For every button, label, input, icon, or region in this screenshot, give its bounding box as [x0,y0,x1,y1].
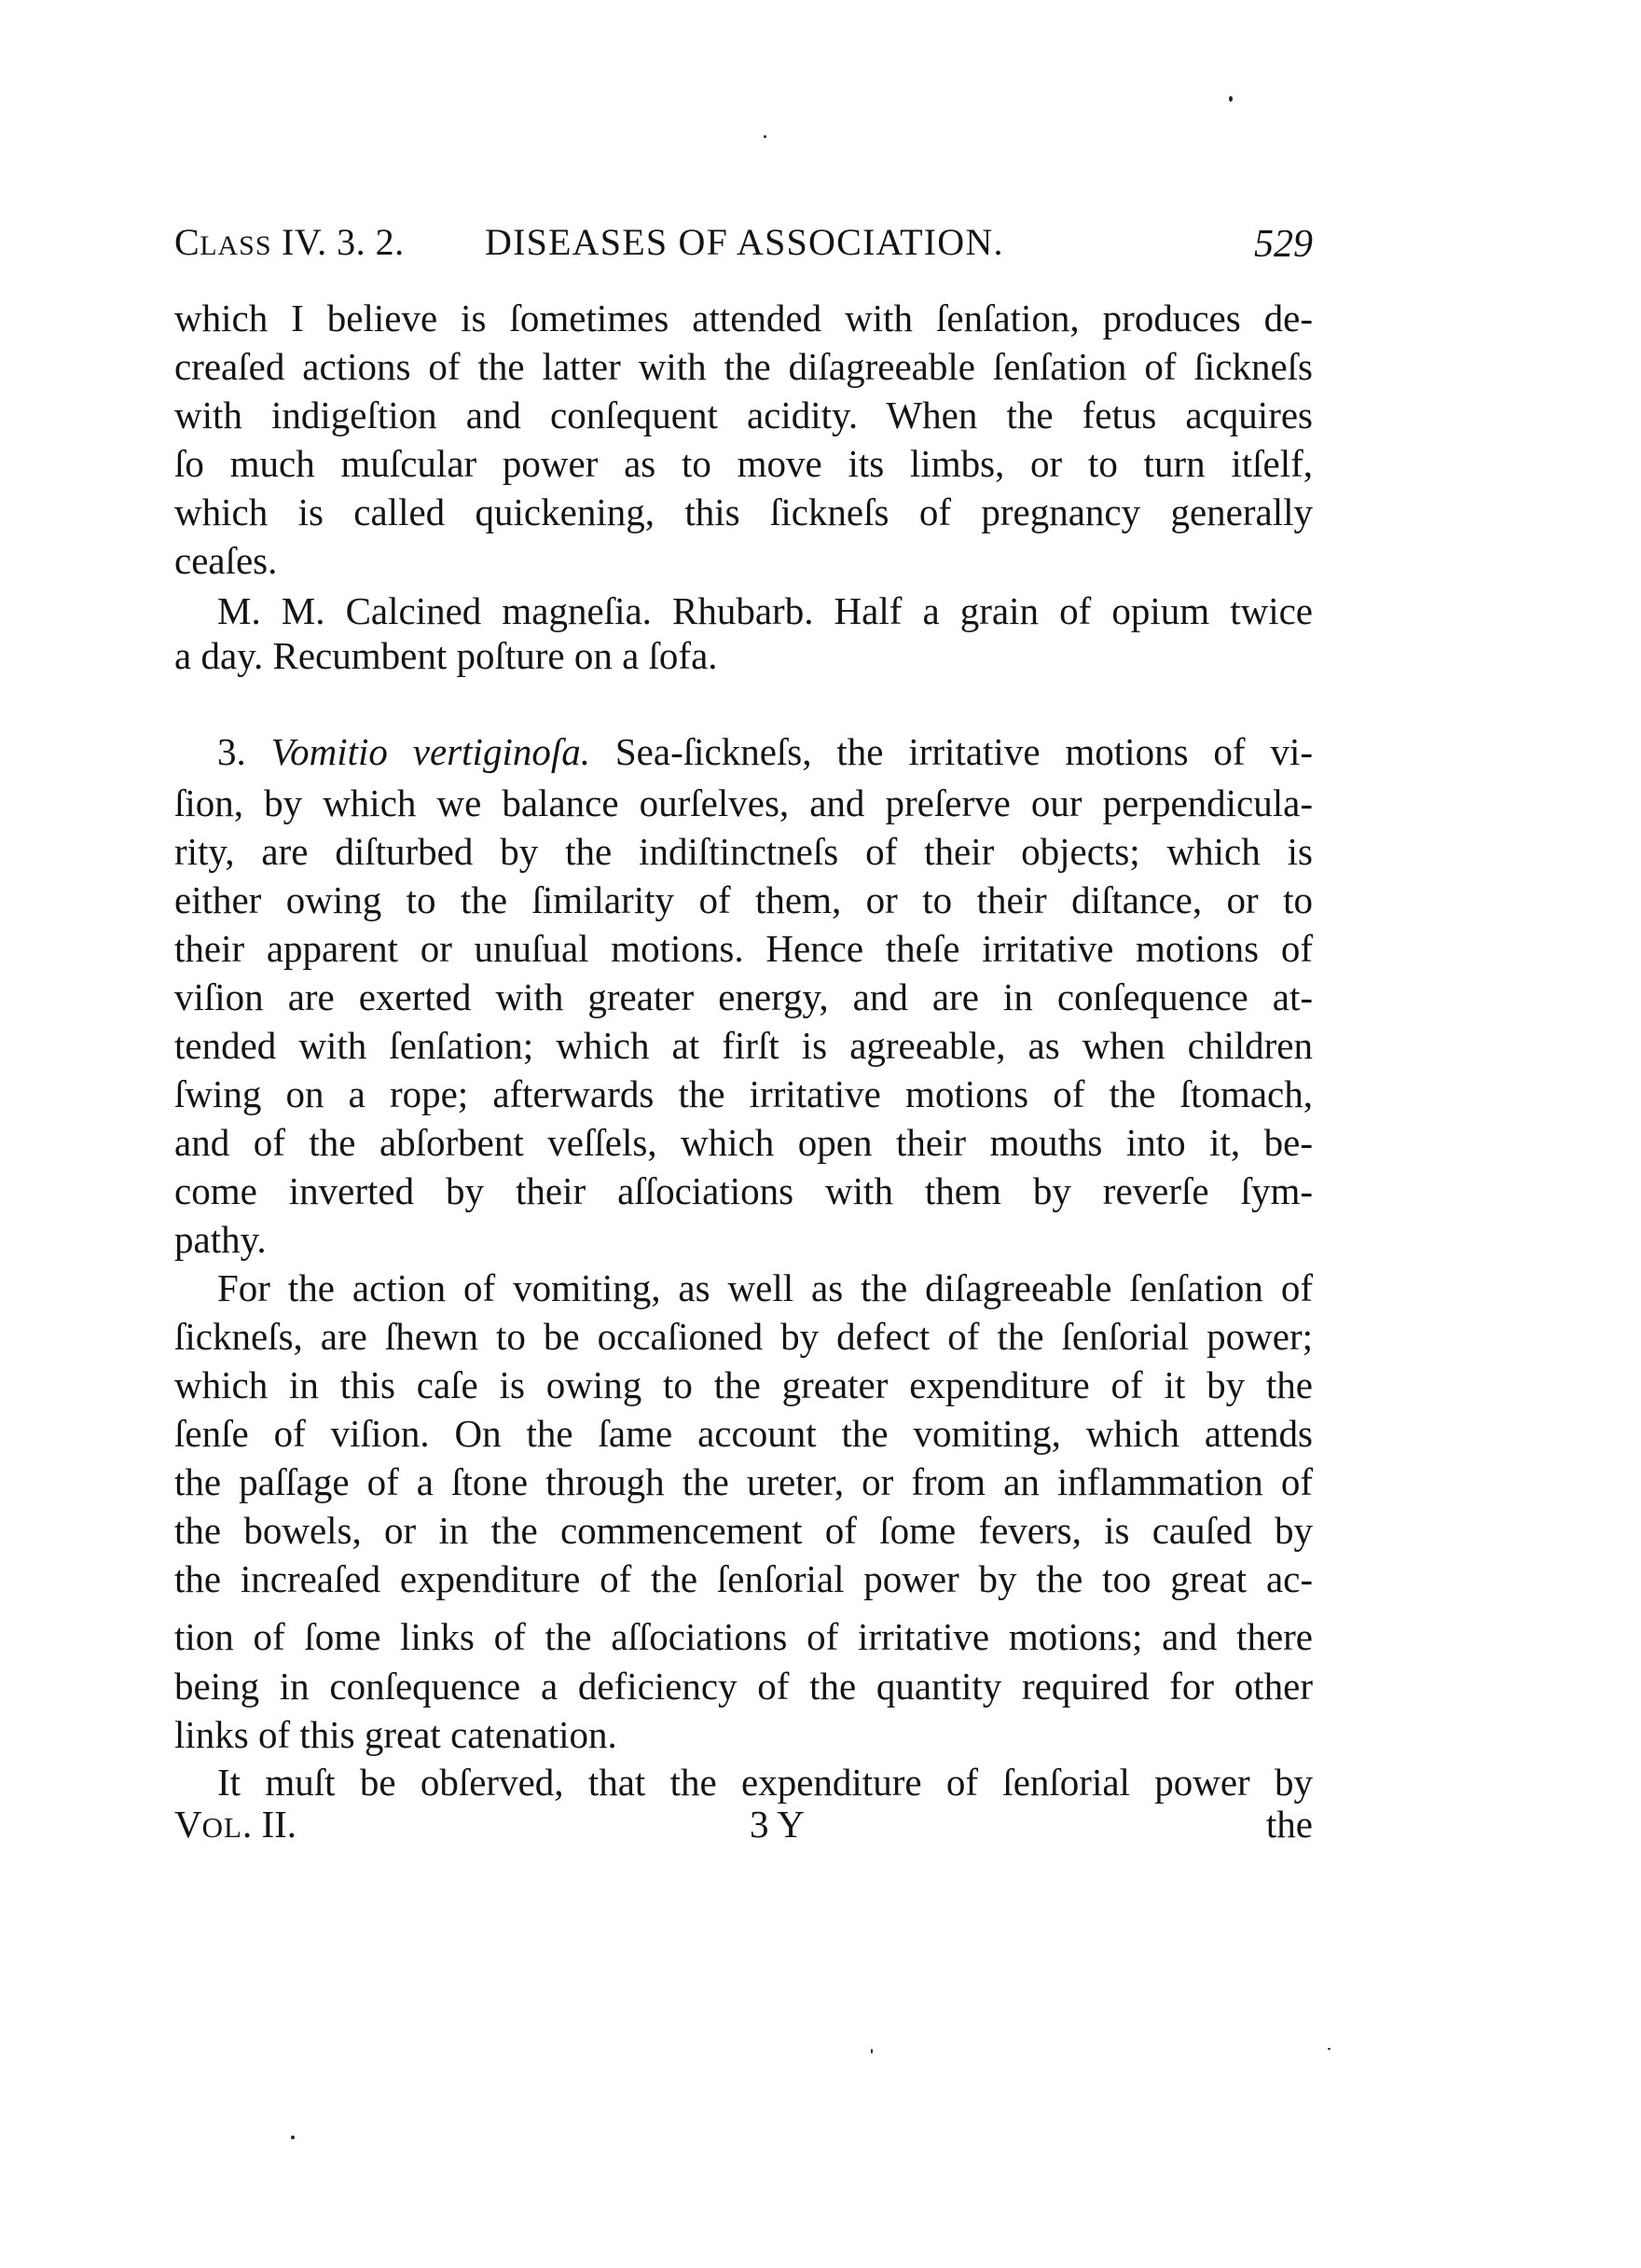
text-line: ſickneſs, are ſhewn to be occaſioned by … [174,1312,1313,1361]
text-line: and of the abſorbent veſſels, which open… [174,1118,1313,1167]
scan-speck [291,2136,295,2139]
text-line: the bowels, or in the commencement of ſo… [174,1506,1313,1555]
text-line: the increaſed expenditure of the ſenſori… [174,1555,1313,1603]
text-line: which I believe is ſometimes attended wi… [174,294,1313,342]
chapter-title: DISEASES OF ASSOCIATION. [485,220,1004,264]
text-line: creaſed actions of the latter with the d… [174,342,1313,391]
text-line: either owing to the ſimilarity of them, … [174,876,1313,924]
scan-speck [764,135,766,138]
text-line: their apparent or unuſual motions. Hence… [174,924,1313,973]
catchword: the [1266,1800,1313,1848]
section-heading-line: 3. Vomitio vertiginoſa. Sea-ſickneſs, th… [217,727,1313,776]
text-line: viſion are exerted with greater energy, … [174,973,1313,1021]
section-number: 3. [217,730,271,773]
page-footer: VOL. II. 3 Y the [174,1800,1313,1848]
text-line: tion of ſome links of the aſſociations o… [174,1612,1313,1661]
text-line: the paſſage of a ſtone through the urete… [174,1458,1313,1506]
text-line: ſenſe of viſion. On the ſame account the… [174,1409,1313,1458]
section-latin-title: Vomitio vertiginoſa. [271,730,590,773]
scan-speck [1328,2048,1331,2050]
text-line: being in conſequence a deficiency of the… [174,1662,1313,1710]
text-line: rity, are diſturbed by the indiſtinctneſ… [174,827,1313,876]
text-line: ſo much muſcular power as to move its li… [174,439,1313,488]
text-line: which in this caſe is owing to the great… [174,1361,1313,1409]
text-line: which is called quickening, this ſickneſ… [174,488,1313,536]
class-section-label: CLASS IV. 3. 2. [174,220,405,264]
text-line: ceaſes. [174,536,1313,585]
running-head: CLASS IV. 3. 2. DISEASES OF ASSOCIATION.… [174,220,1313,267]
text-line: tended with ſenſation; which at firſt is… [174,1021,1313,1070]
volume-label: VOL. II. [174,1800,296,1852]
page-number: 529 [1254,222,1313,267]
text-line: come inverted by their aſſociations with… [174,1167,1313,1215]
book-page: CLASS IV. 3. 2. DISEASES OF ASSOCIATION.… [0,0,1641,2268]
text-line: links of this great catenation. [174,1710,1313,1759]
scan-speck [1229,96,1233,102]
text-line: with indigeſtion and conſequent acidity.… [174,391,1313,439]
signature-mark: 3 Y [750,1800,805,1848]
text-line: ſion, by which we balance ourſelves, and… [174,779,1313,827]
text-line: a day. Recumbent poſture on a ſofa. [174,631,1313,680]
text-line-paragraph-start: For the action of vomiting, as well as t… [217,1264,1313,1312]
text-line: ſwing on a rope; afterwards the irritati… [174,1070,1313,1118]
text-line: pathy. [174,1215,1313,1264]
scan-speck [871,2049,873,2054]
text-line-paragraph-start: M. M. Calcined magneſia. Rhubarb. Half a… [217,587,1313,635]
